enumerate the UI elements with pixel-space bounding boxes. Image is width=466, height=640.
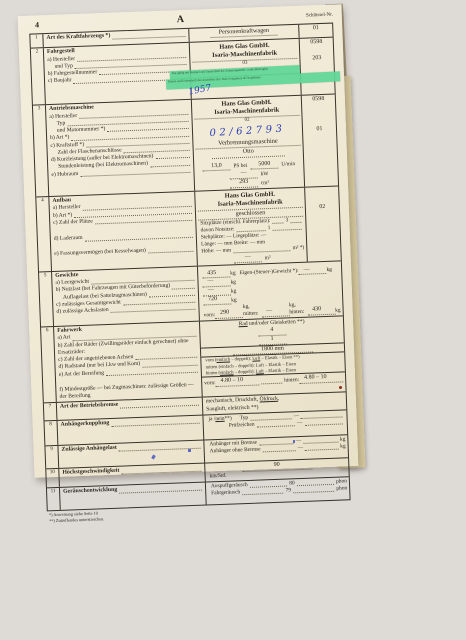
label-zahl-plaetze: c) Zahl der Plätze [53, 218, 93, 227]
label-vorn: vorn: [204, 312, 216, 319]
value-ohne-bremse: — [298, 445, 304, 452]
unit-kg: kg [231, 297, 237, 304]
value-achslast-hinten: 430 [307, 306, 335, 316]
value-notsitze: 1 [268, 225, 271, 232]
vehicle-registration-document: 4 A Schlüssel-Nr. 1 Art des Kraftfahrzeu… [18, 4, 359, 478]
row-number: 9 [45, 446, 59, 468]
unit-cm3: cm³ [261, 180, 269, 187]
label-hubraum: e) Hubraum [51, 171, 78, 179]
label-fahrgeraeusch: Fahrgeräusch [211, 489, 240, 497]
value-reifengroesse-hinten: 4.80 – 10 [299, 373, 343, 383]
value-kraftstoff: Otto [211, 147, 285, 159]
key-art-aufbau: 02 [306, 203, 339, 212]
value-eigengewicht: — [298, 265, 326, 275]
row-number: 10 [46, 469, 60, 487]
bereifung-mitten-label: mitten [206, 364, 218, 369]
bereifung-vorn-label: vorn [205, 358, 214, 363]
key-typ: 203 [300, 54, 333, 63]
row-number: 7 [44, 403, 58, 420]
label-laderaum: d) Laderaum [54, 235, 83, 243]
value-reifengroesse-vorn: 4.80 – 10 [215, 376, 259, 386]
label-achslasten: d) zulässige Achslasten [56, 307, 108, 316]
bereifung-hinten-label: hinten [206, 370, 218, 375]
unit-kg: kg [326, 267, 332, 274]
value-fahrgeraeusch: 79 [286, 488, 292, 495]
row-fahrwerk: 6 Fahrwerk a) Art b) Zahl der Räder (Zwi… [41, 315, 346, 403]
label-reifengroesse-hinten: hinten: [284, 377, 299, 385]
value-bremse-oeldruck: Öldruck [260, 396, 279, 403]
key-hersteller: 0598 [300, 39, 333, 48]
bereifung-einfach: einfach [216, 357, 230, 362]
value-gesamtgewicht: 720 [203, 295, 231, 305]
unit-kg: kg [340, 444, 346, 451]
value-kupplung-nein: nein [215, 416, 225, 423]
label-betriebsbremse: Art der Betriebsbremse [60, 402, 119, 412]
row-number: 1 [30, 34, 43, 47]
value-fahrwerk-art-rad: Rad [238, 321, 247, 327]
unit-kg: kg [335, 307, 341, 314]
row-aufbau: 4 Aufbau a) Hersteller b) Art *) c) Zahl… [36, 185, 341, 271]
value-angetriebene-achsen: 1 [258, 335, 286, 345]
row-number: 11 [47, 488, 61, 510]
label-reifengroesse-vorn: vorn: [204, 380, 216, 387]
label-mitten: kg, mitten: [243, 303, 262, 318]
label-art-bereifung: e) Art der Bereifung [59, 370, 104, 379]
unit-kg: kg [231, 288, 237, 295]
label-hoechstgeschwindigkeit: Höchstgeschwindigkeit [62, 468, 119, 478]
key-art: 01 [303, 125, 336, 134]
label-ohne-bremse: Anhänger ohne Bremse [210, 447, 261, 456]
row-gewichte: 5 Gewichte a) Leergewicht b) Nutzlast (b… [39, 260, 343, 326]
row-antriebsmaschine: 3 Antriebsmaschine a) Hersteller Typ und… [33, 94, 338, 197]
unit-kg: kg [230, 271, 236, 278]
unit-km-std: km/Std. [210, 473, 227, 481]
key-hersteller: 0598 [302, 96, 335, 105]
value-leistung: 13,0 [202, 162, 230, 172]
value-achslast-vorn: 290 [215, 309, 243, 319]
unit-kw: kW [261, 171, 269, 178]
unit-u-min: U/min [281, 161, 295, 169]
value-achslast-mitten: — [261, 307, 289, 317]
value-pruefzeichen: — [297, 420, 303, 427]
value-sitzplaetze: 3 [285, 217, 288, 224]
label-anhaengerkupplung: Anhängerkupplung [61, 420, 110, 429]
label-baujahr: c) Baujahr [48, 77, 72, 85]
unit-m3b: m³ [265, 255, 271, 262]
value-hubraum: 293 [230, 179, 258, 189]
value-drehzahl: 5000 [250, 160, 278, 170]
red-speck [339, 386, 342, 389]
label-anhaengelast: Zulässige Anhängelast [61, 445, 116, 455]
bereifung-luft: Luft [252, 356, 260, 361]
ink-speck [293, 440, 295, 443]
value-fahrwerk-art-rest: und/oder Gleisketten **) [247, 319, 304, 327]
value-fassungsvermoegen: — [234, 253, 262, 263]
label-hinten: kg, hinten: [289, 301, 308, 316]
label-art-kfz: Art des Kraftfahrzeugs *) [46, 33, 110, 43]
label-geraeuschentwicklung: Geräuschentwicklung [63, 487, 117, 497]
label-pruefzeichen: Prüfzeichen [229, 422, 255, 430]
label-fassungsvermoegen: e) Fassungsvermögen (bei Kesselwagen) [54, 247, 146, 258]
row-number: 8 [45, 421, 59, 445]
value-auspuffgeraeusch: 80 [289, 480, 295, 487]
key-art-kfz: 01 [299, 24, 332, 38]
value-hoehe: Höhe: — mm [201, 247, 231, 255]
unit-m3: m³ *) [293, 244, 305, 251]
unit-phon: phon [336, 486, 347, 493]
value-art-kfz: Personenkraftwagen [210, 27, 277, 38]
label-art-fahrwerk: a) Art [57, 335, 70, 343]
photo-background: 4 A Schlüssel-Nr. 1 Art des Kraftfahrzeu… [0, 0, 466, 640]
ink-speck [188, 449, 191, 452]
key-column-header: Schlüssel-Nr. [306, 13, 333, 19]
value-bremse-rest: Saugluft, elektrisch **) [206, 404, 259, 412]
unit-kg: kg [230, 279, 236, 286]
